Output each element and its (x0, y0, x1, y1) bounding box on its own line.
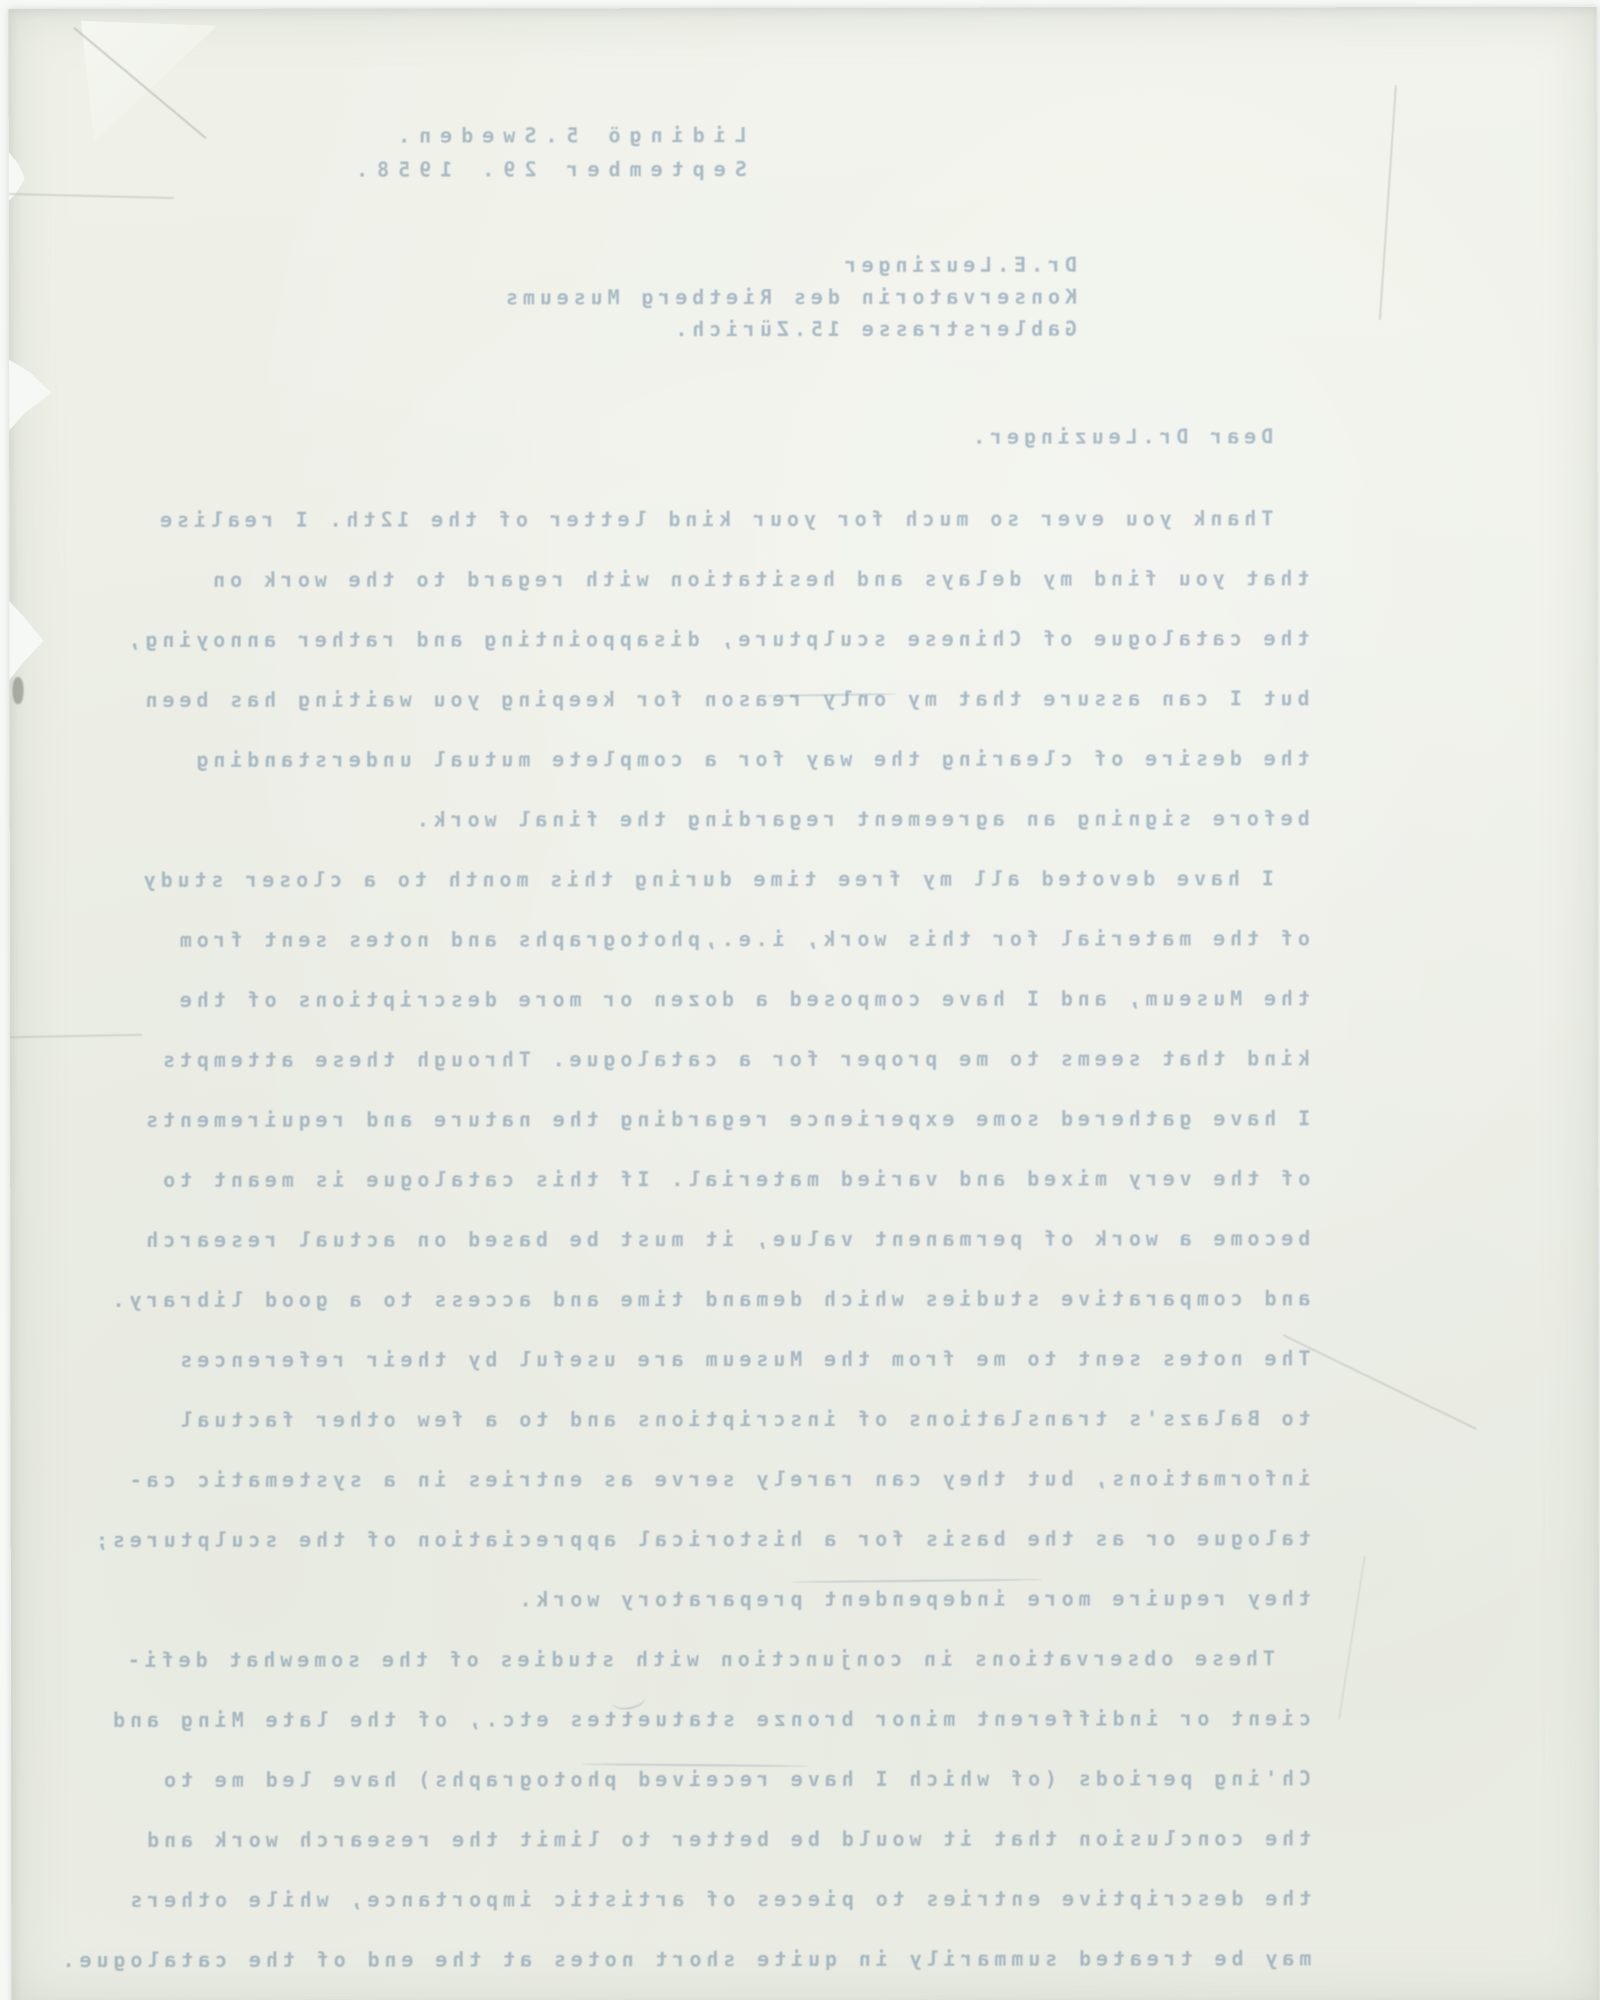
recipient-name-line: Dr.E.Leuzinger (840, 250, 1077, 280)
body-line: I have devoted all my free time during t… (139, 863, 1274, 895)
body-line: I have gathered some experience regardin… (141, 1103, 1310, 1135)
bleed-through-text-layer: Lidingö 5.Sweden. September 29. 1958. Dr… (9, 7, 1600, 2000)
salutation-line: Dear Dr.Leuzinger. (968, 421, 1273, 451)
body-line: talogue or as the basis for a historical… (91, 1523, 1311, 1555)
body-line: the desire of clearing the way for a com… (192, 743, 1310, 775)
letter-body: Thank you ever so much for your kind let… (9, 7, 1597, 9)
body-line: the conclusion that it would be better t… (142, 1823, 1311, 1855)
body-line: but I can assure that my only reason for… (141, 683, 1310, 715)
body-line: of the material for this work, i.e.,phot… (175, 923, 1310, 955)
body-line: the Museum, and I have composed a dozen … (175, 983, 1310, 1015)
body-line: before signing an agreement regarding th… (412, 803, 1310, 834)
body-line: These observations in conjunction with s… (123, 1643, 1275, 1675)
body-line: may be treated summarily in quite short … (58, 1943, 1312, 1975)
recipient-address-line: Gablerstrasse 15.Zürich. (670, 314, 1077, 345)
body-line: cient or indifferent minor bronze statue… (108, 1703, 1311, 1735)
body-line: they require more independent preparator… (515, 1583, 1311, 1614)
body-line: that you find my delays and hesitation w… (208, 563, 1309, 595)
body-line: the descriptive entries to pieces of art… (125, 1883, 1311, 1915)
body-line: informations, but they can rarely serve … (125, 1463, 1311, 1495)
scanned-letter-page: Lidingö 5.Sweden. September 29. 1958. Dr… (0, 0, 1600, 2000)
body-line: become a work of permanent value, it mus… (141, 1223, 1310, 1255)
body-line: the catalogue of Chinese sculpture, disa… (124, 623, 1310, 655)
sender-location-line: Lidingö 5.Sweden. (389, 120, 747, 150)
body-line: and comparative studies which demand tim… (108, 1283, 1311, 1315)
body-line: to Balazs's translations of inscriptions… (175, 1403, 1310, 1435)
body-line: The notes sent to me from the Museum are… (175, 1343, 1310, 1375)
body-line: kind that seems to me proper for a catal… (158, 1043, 1310, 1075)
recipient-title-line: Konservatorin des Rietberg Museums (501, 282, 1077, 313)
body-line: Thank you ever so much for your kind let… (155, 503, 1273, 535)
body-line: of the very mixed and varied material. I… (158, 1163, 1310, 1195)
letter-paper: Lidingö 5.Sweden. September 29. 1958. Dr… (9, 7, 1600, 2000)
date-line: September 29. 1958. (347, 154, 747, 185)
body-line: Ch'ing periods (of which I have received… (159, 1763, 1311, 1795)
